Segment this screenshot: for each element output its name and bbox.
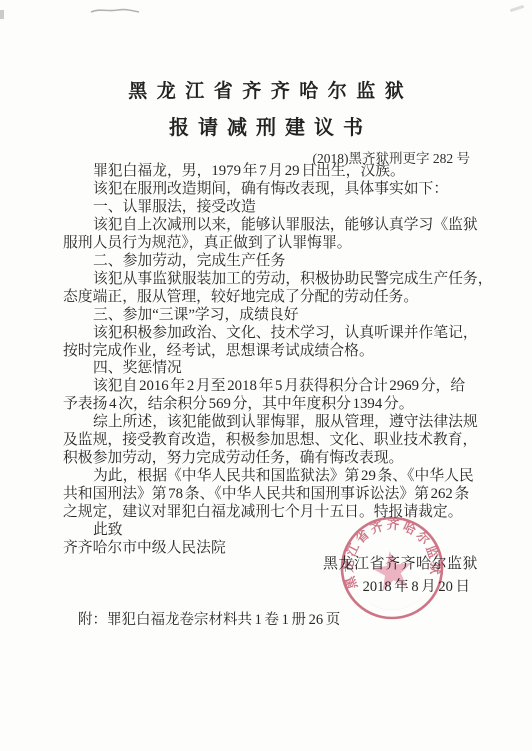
body-line: 态度端正，服从管理，较好地完成了分配的劳动任务。	[63, 289, 493, 307]
body-line: 为此，根据《中华人民共和国监狱法》第 29 条、《中华人民	[63, 468, 493, 486]
document-title: 黑龙江省齐齐哈尔监狱	[0, 76, 532, 103]
official-seal: 黑龙江省齐齐哈尔监狱 ·····························…	[330, 506, 454, 630]
document-body: 罪犯白福龙，男，1979 年 7 月 29 日出生，汉族。该犯在服刑改造期间，确…	[63, 163, 493, 558]
document-page: 黑龙江省齐齐哈尔监狱 报请减刑建议书 (2018)黑齐狱刑更字 282 号 罪犯…	[0, 0, 532, 751]
body-line: 该犯积极参加政治、文化、技术学习，认真听课并作笔记，	[63, 325, 493, 343]
body-line: 积极参加劳动，努力完成劳动任务，确有悔改表现。	[63, 450, 493, 468]
body-line: 一、认罪服法，接受改造	[63, 199, 493, 217]
body-line: 共和国刑法》第 78 条、《中华人民共和国刑事诉讼法》第 262 条	[63, 486, 493, 504]
body-line: 及监规，接受教育改造，积极参加思想、文化、职业技术教育，	[63, 432, 493, 450]
body-line: 该犯从事监狱服装加工的劳动，积极协助民警完成生产任务，	[63, 271, 493, 289]
scan-artifact-corner	[510, 5, 524, 12]
body-line: 三、参加“三课”学习，成绩良好	[63, 307, 493, 325]
body-line: 服刑人员行为规范》，真正做到了认罪悔罪。	[63, 235, 493, 253]
scan-artifact-edge	[0, 10, 4, 19]
body-line: 予表扬 4 次，结余积分 569 分，其中年度积分 1394 分。	[63, 396, 493, 414]
attachment-note: 附：罪犯白福龙卷宗材料共 1 卷 1 册 26 页	[78, 608, 340, 629]
body-line: 按时完成作业，经考试，思想课考试成绩合格。	[63, 343, 493, 361]
body-line: 罪犯白福龙，男，1979 年 7 月 29 日出生，汉族。	[63, 163, 493, 181]
seal-star-icon	[370, 548, 415, 591]
body-line: 四、奖惩情况	[63, 360, 493, 378]
body-line: 该犯在服刑改造期间，确有悔改表现，具体事实如下：	[63, 181, 493, 199]
body-line: 二、参加劳动，完成生产任务	[63, 253, 493, 271]
scan-artifact-squiggle	[90, 5, 140, 17]
body-line: 该犯自上次减刑以来，能够认罪服法，能够认真学习《监狱	[63, 217, 493, 235]
body-line: 综上所述，该犯能做到认罪悔罪，服从管理，遵守法律法规	[63, 414, 493, 432]
document-subtitle: 报请减刑建议书	[0, 111, 532, 140]
body-line: 该犯自 2016 年 2 月至 2018 年 5 月获得积分合计 2969 分，…	[63, 378, 493, 396]
